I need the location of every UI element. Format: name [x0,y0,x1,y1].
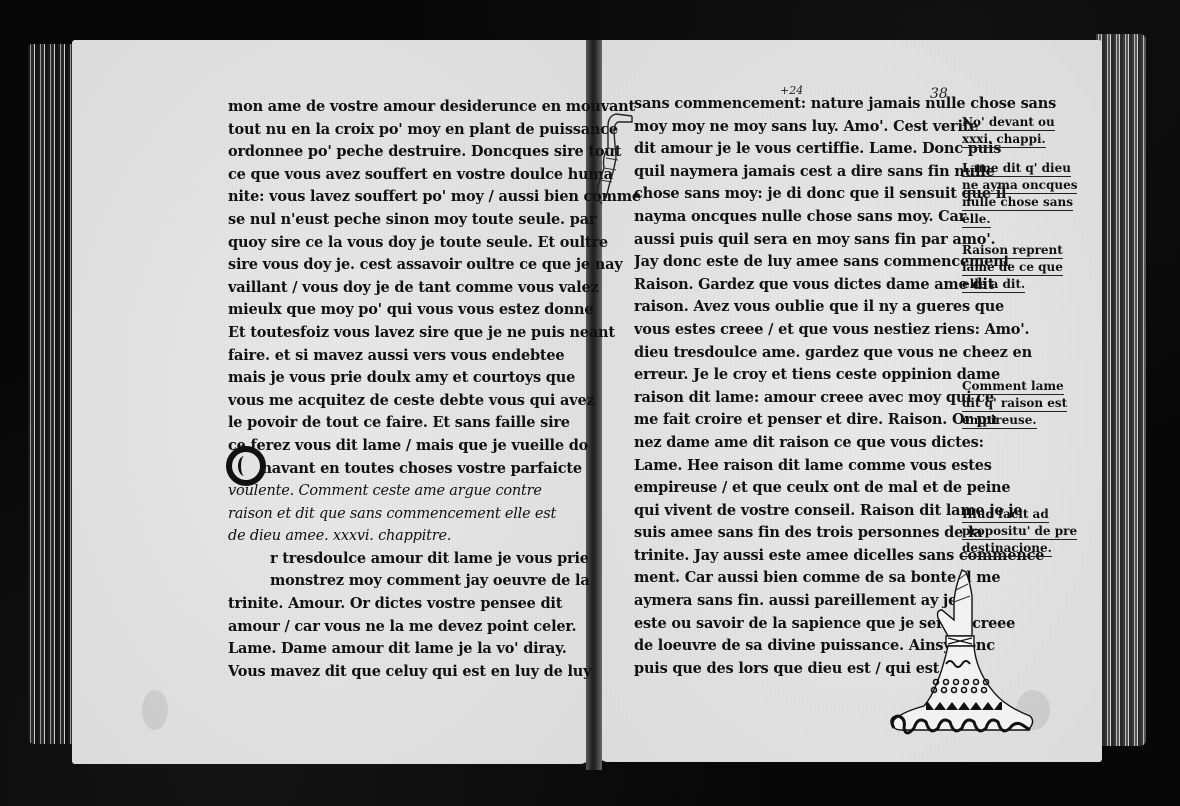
chapter-rubric-line: voulente. Comment ceste ame argue contre [228,480,641,503]
marginal-note-line: empireuse. [962,412,1037,429]
text-line: sans commencement: nature jamais nulle c… [634,93,1056,116]
marginal-note: Raison reprent lame de ce que elle a dit… [962,242,1063,293]
text-line: nite: vous lavez souffert po' moy / auss… [228,186,641,209]
text-line: sire vous doy je. cest assavoir oultre c… [228,254,641,277]
marginal-note-line: xxxi. chappi. [962,131,1046,148]
text-line: vous estes creee / et que vous nestiez r… [634,319,1056,342]
text-line: mais je vous prie doulx amy et courtoys … [228,367,641,390]
chapter-rubric-line: de dieu amee. xxxvi. chappitre. [228,525,641,548]
text-line: mieulx que moy po' qui vous vous estez d… [228,299,641,322]
marginal-note-line: Comment lame [962,378,1064,395]
text-line: tout nu en la croix po' moy en plant de … [228,119,641,142]
marginal-note: Illud facit ad propositu' de pre destina… [962,506,1077,557]
marginal-note-line: elle. [962,211,991,228]
text-line: amour / car vous ne la me devez point ce… [228,616,641,639]
text-line: Et toutesfoiz vous lavez sire que je ne … [228,322,641,345]
marginal-note-line: nulle chose sans [962,194,1073,211]
text-line: resenavant en toutes choses vostre parfa… [228,458,641,481]
marginal-note-line: destinacione. [962,540,1052,557]
text-line: vous me acquitez de ceste debte vous qui… [228,390,641,413]
marginal-note: Lame dit q' dieu ne ayma oncques nulle c… [962,160,1077,228]
marginal-note: No' devant ou xxxi. chappi. [962,114,1055,148]
text-line: raison. Avez vous oublie que il ny a gue… [634,296,1056,319]
text-line: empireuse / et que ceulx ont de mal et d… [634,477,1056,500]
marginal-note-line: lame de ce que [962,259,1063,276]
text-line: Lame. Dame amour dit lame je la vo' dira… [228,638,641,661]
marginal-note-line: Illud facit ad [962,506,1049,523]
text-line: ce que vous avez souffert en vostre doul… [228,164,641,187]
text-line: quoy sire ce la vous doy je toute seule.… [228,232,641,255]
marginal-note-line: Raison reprent [962,242,1063,259]
text-line: ce ferez vous dit lame / mais que je vue… [228,435,641,458]
text-line: faire. et si mavez aussi vers vous endeb… [228,345,641,368]
chapter-rubric-line: raison et dit que sans commencement elle… [228,503,641,526]
marginal-note-line: Lame dit q' dieu [962,160,1071,177]
marginal-note-line: propositu' de pre [962,523,1077,540]
text-line: Lame. Hee raison dit lame comme vous est… [634,455,1056,478]
text-line: se nul n'eust peche sinon moy toute seul… [228,209,641,232]
decorated-initial-o [226,446,266,486]
text-line: le povoir de tout ce faire. Et sans fail… [228,412,641,435]
left-page-text: mon ame de vostre amour desiderunce en m… [228,96,641,683]
text-line: dieu tresdoulce ame. gardez que vous ne … [634,342,1056,365]
page-stain [142,690,168,730]
book-edge-right [1096,34,1146,746]
text-line: r tresdoulce amour dit lame je vous prie [228,548,641,571]
manicule-icon [880,560,1050,740]
marginal-note-line: dit q' raison est [962,395,1067,412]
marginal-note-line: ne ayma oncques [962,177,1077,194]
manicule-icon [594,108,634,208]
text-line: mon ame de vostre amour desiderunce en m… [228,96,641,119]
marginal-note: Comment lame dit q' raison est empireuse… [962,378,1067,429]
text-line: nez dame ame dit raison ce que vous dict… [634,432,1056,455]
marginal-note-line: elle a dit. [962,276,1025,293]
text-line: trinite. Amour. Or dictes vostre pensee … [228,593,641,616]
text-line: Vous mavez dit que celuy qui est en luy … [228,661,641,684]
text-line: monstrez moy comment jay oeuvre de la [228,570,641,593]
text-line: ordonnee po' peche destruire. Doncques s… [228,141,641,164]
text-line: vaillant / vous doy je de tant comme vou… [228,277,641,300]
marginal-note-line: No' devant ou [962,114,1055,131]
